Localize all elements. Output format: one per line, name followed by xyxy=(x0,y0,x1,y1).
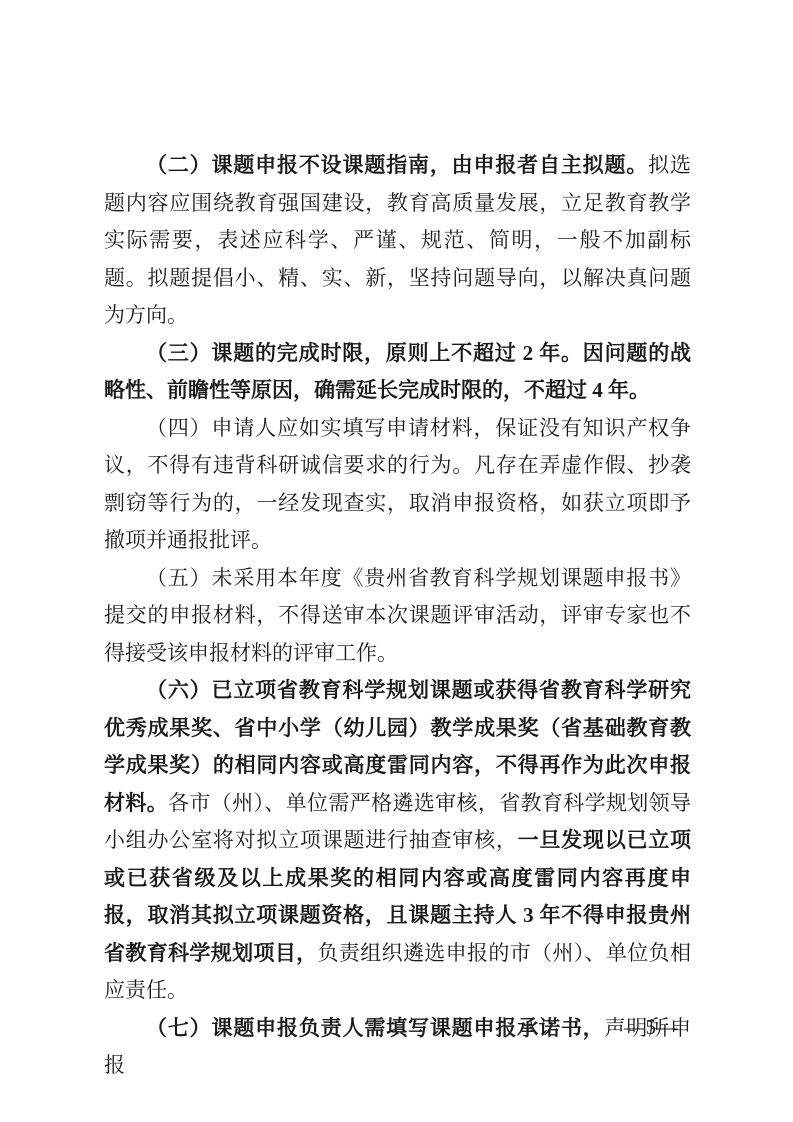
paragraph-clause-3: （三）课题的完成时限，原则上不超过 2 年。因问题的战略性、前瞻性等原因，确需延… xyxy=(104,335,691,410)
paragraph-clause-4: （四）申请人应如实填写申请材料，保证没有知识产权争议，不得有违背科研诚信要求的行… xyxy=(104,410,691,560)
clause-5-regular-text: （五）未采用本年度《贵州省教育科学规划课题申报书》提交的申报材料，不得送审本次课… xyxy=(104,566,691,665)
document-page: （二）课题申报不设课题指南，由申报者自主拟题。拟选题内容应围绕教育强国建设，教育… xyxy=(0,0,793,1122)
paragraph-clause-7: （七）课题申报负责人需填写课题申报承诺书，声明所申报 xyxy=(104,1010,691,1085)
clause-3-bold-text: （三）课题的完成时限，原则上不超过 2 年。因问题的战略性、前瞻性等原因，确需延… xyxy=(104,341,691,403)
clause-2-bold-text: （二）课题申报不设课题指南，由申报者自主拟题。 xyxy=(146,153,648,177)
clause-7-bold-text: （七）课题申报负责人需填写课题申报承诺书， xyxy=(146,1016,605,1040)
document-body: （二）课题申报不设课题指南，由申报者自主拟题。拟选题内容应围绕教育强国建设，教育… xyxy=(104,147,691,1085)
page-number: —5— xyxy=(624,1013,678,1041)
paragraph-clause-5: （五）未采用本年度《贵州省教育科学规划课题申报书》提交的申报材料，不得送审本次课… xyxy=(104,560,691,673)
clause-2-regular-text: 拟选题内容应围绕教育强国建设，教育高质量发展，立足教育教学实际需要，表述应科学、… xyxy=(104,153,691,327)
paragraph-clause-6: （六）已立项省教育科学规划课题或获得省教育科学研究优秀成果奖、省中小学（幼儿园）… xyxy=(104,672,691,1010)
paragraph-clause-2: （二）课题申报不设课题指南，由申报者自主拟题。拟选题内容应围绕教育强国建设，教育… xyxy=(104,147,691,335)
clause-4-regular-text: （四）申请人应如实填写申请材料，保证没有知识产权争议，不得有违背科研诚信要求的行… xyxy=(104,416,691,553)
